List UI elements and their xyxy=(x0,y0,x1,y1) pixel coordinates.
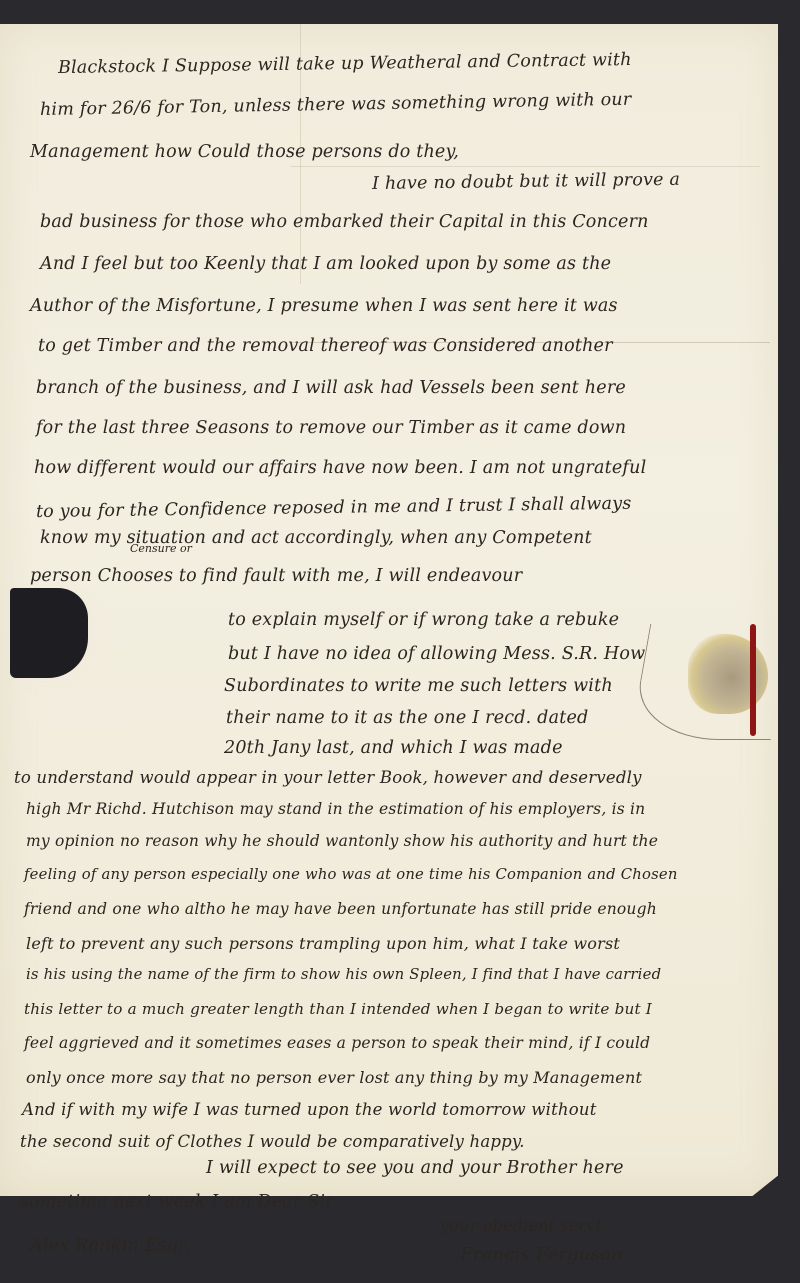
letter-line: branch of the business, and I will ask h… xyxy=(36,378,626,398)
letter-line: this letter to a much greater length tha… xyxy=(24,1000,652,1018)
wax-seal-remnant xyxy=(750,624,756,736)
letter-line: And I feel but too Keenly that I am look… xyxy=(40,254,611,274)
signature: Francis Ferguson xyxy=(460,1244,623,1265)
letter-line: And if with my wife I was turned upon th… xyxy=(22,1100,597,1119)
letter-line: high Mr Richd. Hutchison may stand in th… xyxy=(26,800,645,818)
letter-line: their name to it as the one I recd. date… xyxy=(226,708,588,728)
interlinear-insertion: Censure or xyxy=(130,542,192,555)
letter-line: is his using the name of the firm to sho… xyxy=(26,966,661,983)
letter-line: 20th Jany last, and which I was made xyxy=(224,738,563,758)
letter-line: to get Timber and the removal thereof wa… xyxy=(38,336,613,356)
fold-crease xyxy=(290,166,760,167)
letter-line: left to prevent any such persons trampli… xyxy=(26,934,620,953)
closing: your obedient servt. xyxy=(440,1216,608,1235)
addressee: Alex Rankin Esqr. xyxy=(30,1236,191,1256)
letter-line: I will expect to see you and your Brothe… xyxy=(206,1158,624,1178)
letter-line: for the last three Seasons to remove our… xyxy=(36,418,626,438)
letter-line: to explain myself or if wrong take a reb… xyxy=(228,610,619,630)
letter-line: person Chooses to find fault with me, I … xyxy=(30,566,522,586)
letter-line: but I have no idea of allowing Mess. S.R… xyxy=(228,644,645,664)
letter-line: Management how Could those persons do th… xyxy=(30,142,459,162)
letter-line: friend and one who altho he may have bee… xyxy=(24,900,657,918)
letter-line: Author of the Misfortune, I presume when… xyxy=(30,296,618,316)
letter-line: my opinion no reason why he should wanto… xyxy=(26,832,658,850)
letter-line: how different would our affairs have now… xyxy=(34,458,646,478)
letter-line: only once more say that no person ever l… xyxy=(26,1068,642,1087)
letter-line: bad business for those who embarked thei… xyxy=(40,212,649,232)
letter-line: sometime next week I am Dear Sir xyxy=(20,1192,334,1212)
letter-line: feel aggrieved and it sometimes eases a … xyxy=(24,1034,650,1052)
paper-hole xyxy=(10,588,88,678)
letter-line: feeling of any person especially one who… xyxy=(24,866,678,883)
letter-line: Subordinates to write me such letters wi… xyxy=(224,676,613,696)
letter-line: to understand would appear in your lette… xyxy=(14,768,642,787)
letter-line: the second suit of Clothes I would be co… xyxy=(20,1132,525,1151)
seal-stain xyxy=(688,634,768,714)
letter-line: know my situation and act accordingly, w… xyxy=(40,528,592,548)
